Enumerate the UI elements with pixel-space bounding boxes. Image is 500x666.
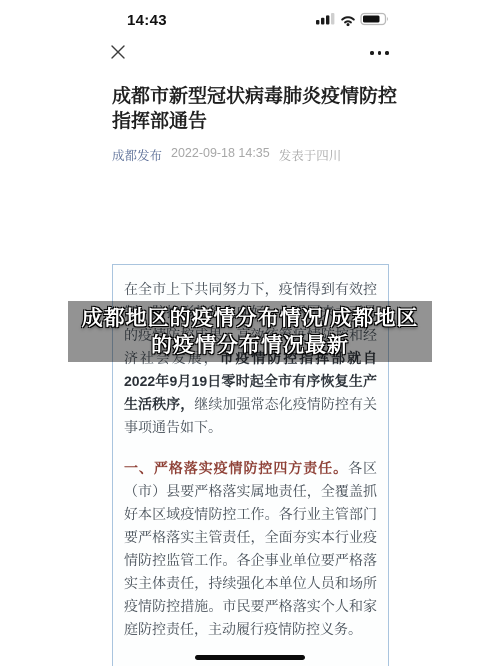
notice-p2-body-text: 各区（市）县要严格落实属地责任，全覆盖抓好本区域疫情防控工作。各行业主管部门要严…: [124, 460, 377, 637]
publish-timestamp: 2022-09-18 14:35: [171, 146, 270, 164]
notice-paragraph-2: 一、严格落实疫情防控四方责任。各区（市）县要严格落实属地责任，全覆盖抓好本区域疫…: [124, 457, 377, 641]
byline: 成都发布 2022-09-18 14:35 发表于四川: [112, 146, 341, 164]
screenshot-root: 14:43 成都: [0, 0, 500, 666]
caption-overlay: 成都地区的疫情分布情况/成都地区 的疫情分布情况最新: [68, 301, 432, 362]
status-icons: [314, 11, 392, 32]
home-indicator[interactable]: [195, 655, 305, 660]
caption-line-2: 的疫情分布情况最新: [151, 332, 349, 359]
notice-p2-heading: 一、严格落实疫情防控四方责任。: [124, 460, 348, 476]
cellular-signal-icon: [316, 13, 334, 25]
publish-location: 发表于四川: [279, 146, 342, 164]
close-icon[interactable]: [109, 43, 127, 61]
source-account-link[interactable]: 成都发布: [112, 146, 162, 164]
wifi-icon: [342, 17, 354, 26]
more-options-icon[interactable]: [370, 48, 389, 58]
status-time: 14:43: [127, 12, 167, 29]
article-title: 成都市新型冠状病毒肺炎疫情防控指挥部通告: [112, 84, 404, 134]
caption-line-1: 成都地区的疫情分布情况/成都地区: [82, 305, 419, 332]
battery-icon: [361, 14, 388, 25]
